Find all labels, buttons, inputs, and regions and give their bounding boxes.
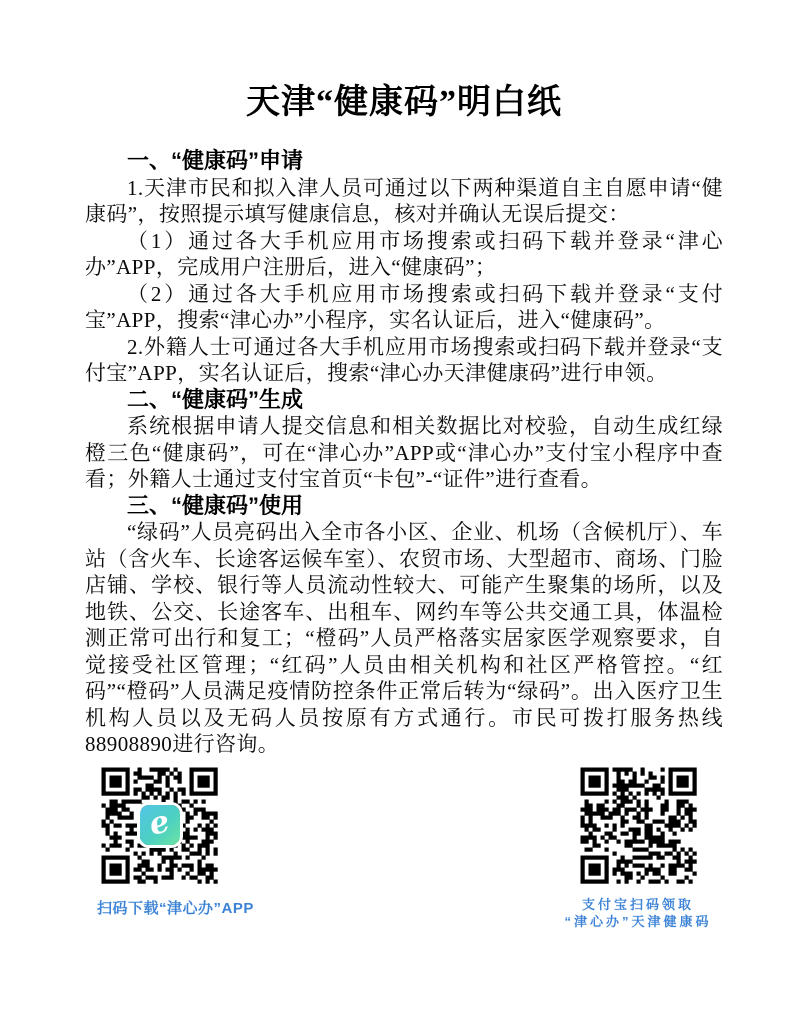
section-usage-heading: 三、“健康码”使用	[85, 493, 723, 520]
jinxinban-app-logo-icon: e	[140, 805, 180, 845]
section-generation-heading: 二、“健康码”生成	[85, 387, 723, 414]
document-page: 天津“健康码”明白纸 一、“健康码”申请 1.天津市民和拟入津人员可通过以下两种…	[0, 0, 799, 1014]
section-application-heading: 一、“健康码”申请	[85, 148, 723, 175]
paragraph: 系统根据申请人提交信息和相关数据比对校验，自动生成红绿橙三色“健康码”，可在“津…	[85, 413, 723, 493]
paragraph: “绿码”人员亮码出入全市各小区、企业、机场（含候机厅）、车站（含火车、长途客运候…	[85, 519, 723, 758]
alipay-qr-code-image	[576, 763, 701, 888]
alipay-qr-caption-line2: “津心办”天津健康码	[564, 913, 711, 930]
paragraph: （2）通过各大手机应用市场搜索或扫码下载并登录“支付宝”APP，搜索“津心办”小…	[85, 281, 723, 334]
alipay-qr-block: 支付宝扫码领取 “津心办”天津健康码	[553, 763, 723, 930]
document-title: 天津“健康码”明白纸	[85, 84, 723, 122]
paragraph: 1.天津市民和拟入津人员可通过以下两种渠道自主自愿申请“健康码”，按照提示填写健…	[85, 175, 723, 228]
paragraph: （1）通过各大手机应用市场搜索或扫码下载并登录“津心办”APP，完成用户注册后，…	[85, 228, 723, 281]
section-usage: 三、“健康码”使用 “绿码”人员亮码出入全市各小区、企业、机场（含候机厅）、车站…	[85, 493, 723, 758]
logo-letter: e	[146, 806, 173, 841]
section-application: 一、“健康码”申请 1.天津市民和拟入津人员可通过以下两种渠道自主自愿申请“健康…	[85, 148, 723, 387]
alipay-qr-caption-line1: 支付宝扫码领取	[564, 896, 711, 913]
section-generation: 二、“健康码”生成 系统根据申请人提交信息和相关数据比对校验，自动生成红绿橙三色…	[85, 387, 723, 493]
qr-code-row: e 扫码下载“津心办”APP 支付宝扫码领取 “津心办”天津健康码	[85, 763, 723, 930]
jinxinban-qr-code-image: e	[97, 763, 222, 888]
qr-code-alipay	[576, 763, 701, 888]
jinxinban-qr-block: e 扫码下载“津心办”APP	[97, 763, 225, 918]
alipay-qr-caption: 支付宝扫码领取 “津心办”天津健康码	[564, 896, 711, 930]
jinxinban-qr-caption: 扫码下载“津心办”APP	[97, 897, 225, 918]
paragraph: 2.外籍人士可通过各大手机应用市场搜索或扫码下载并登录“支付宝”APP，实名认证…	[85, 334, 723, 387]
